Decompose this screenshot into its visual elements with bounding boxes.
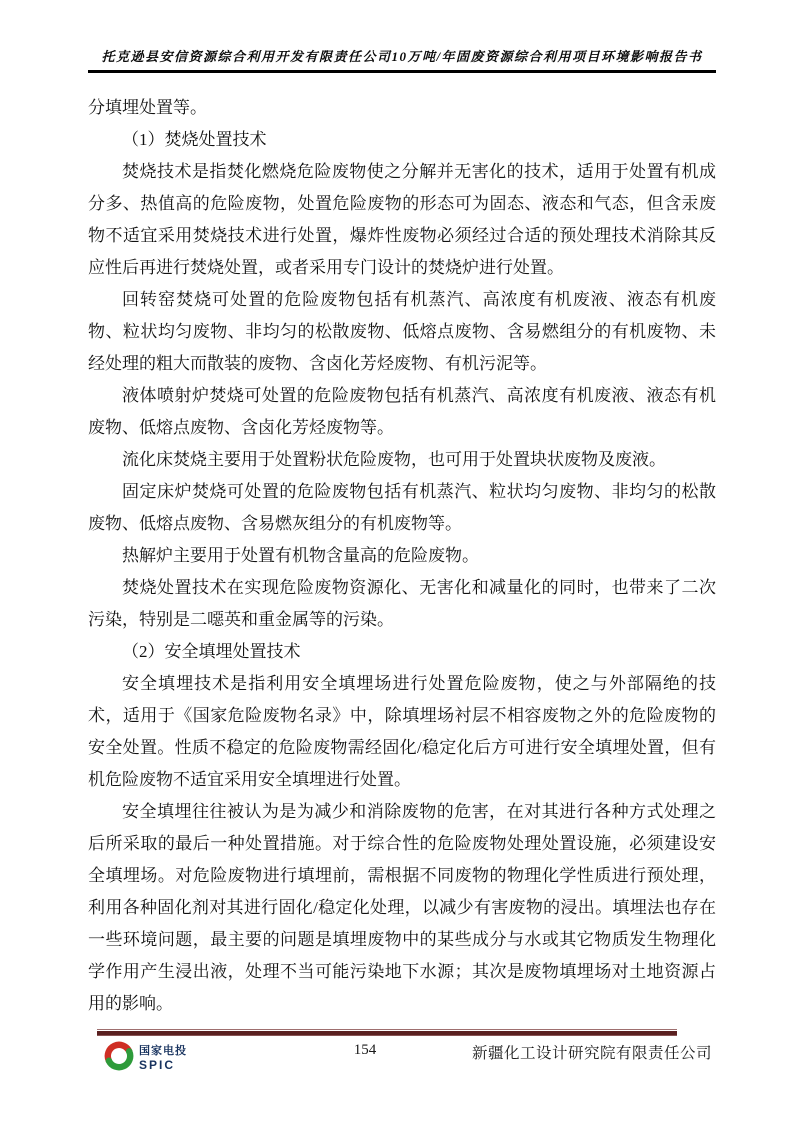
document-page: 托克逊县安信资源综合利用开发有限责任公司10万吨/年固废资源综合利用项目环境影响…: [0, 0, 793, 1122]
paragraph: 热解炉主要用于处置有机物含量高的危险废物。: [88, 540, 716, 572]
paragraph: 安全填埋技术是指利用安全填埋场进行处置危险废物，使之与外部隔绝的技术，适用于《国…: [88, 668, 716, 796]
paragraph: 分填埋处置等。: [88, 92, 716, 124]
paragraph: （2）安全填埋处置技术: [88, 636, 716, 668]
logo-text-cn: 国家电投: [139, 1046, 187, 1057]
paragraph: （1）焚烧处置技术: [88, 124, 716, 156]
footer-company: 新疆化工设计研究院有限责任公司: [472, 1041, 712, 1063]
page-footer: 国家电投 SPIC 154 新疆化工设计研究院有限责任公司: [97, 1038, 712, 1090]
spic-logo-text: 国家电投 SPIC: [139, 1046, 187, 1071]
paragraph: 焚烧处置技术在实现危险废物资源化、无害化和减量化的同时，也带来了二次污染，特别是…: [88, 572, 716, 636]
paragraph: 回转窑焚烧可处置的危险废物包括有机蒸汽、高浓度有机废液、液态有机废物、粒状均匀废…: [88, 284, 716, 380]
logo-text-en: SPIC: [139, 1059, 187, 1071]
document-body: 分填埋处置等。（1）焚烧处置技术焚烧技术是指焚化燃烧危险废物使之分解并无害化的技…: [88, 92, 716, 1022]
paragraph: 固定床炉焚烧可处置的危险废物包括有机蒸汽、粒状均匀废物、非均匀的松散废物、低熔点…: [88, 476, 716, 540]
paragraph: 液体喷射炉焚烧可处置的危险废物包括有机蒸汽、高浓度有机废液、液态有机废物、低熔点…: [88, 380, 716, 444]
paragraph: 焚烧技术是指焚化燃烧危险废物使之分解并无害化的技术，适用于处置有机成分多、热值高…: [88, 156, 716, 284]
page-number: 154: [325, 1042, 405, 1059]
page-header: 托克逊县安信资源综合利用开发有限责任公司10万吨/年固废资源综合利用项目环境影响…: [88, 46, 716, 73]
footer-rule: [97, 1029, 677, 1036]
spic-swirl-icon: [103, 1040, 135, 1077]
page-header-title: 托克逊县安信资源综合利用开发有限责任公司10万吨/年固废资源综合利用项目环境影响…: [88, 46, 716, 65]
paragraph: 安全填埋往往被认为是为减少和消除废物的危害，在对其进行各种方式处理之后所采取的最…: [88, 796, 716, 1020]
spic-logo: 国家电投 SPIC: [103, 1040, 187, 1077]
paragraph: 流化床焚烧主要用于处置粉状危险废物，也可用于处置块状废物及废液。: [88, 444, 716, 476]
header-rule: [88, 70, 716, 73]
